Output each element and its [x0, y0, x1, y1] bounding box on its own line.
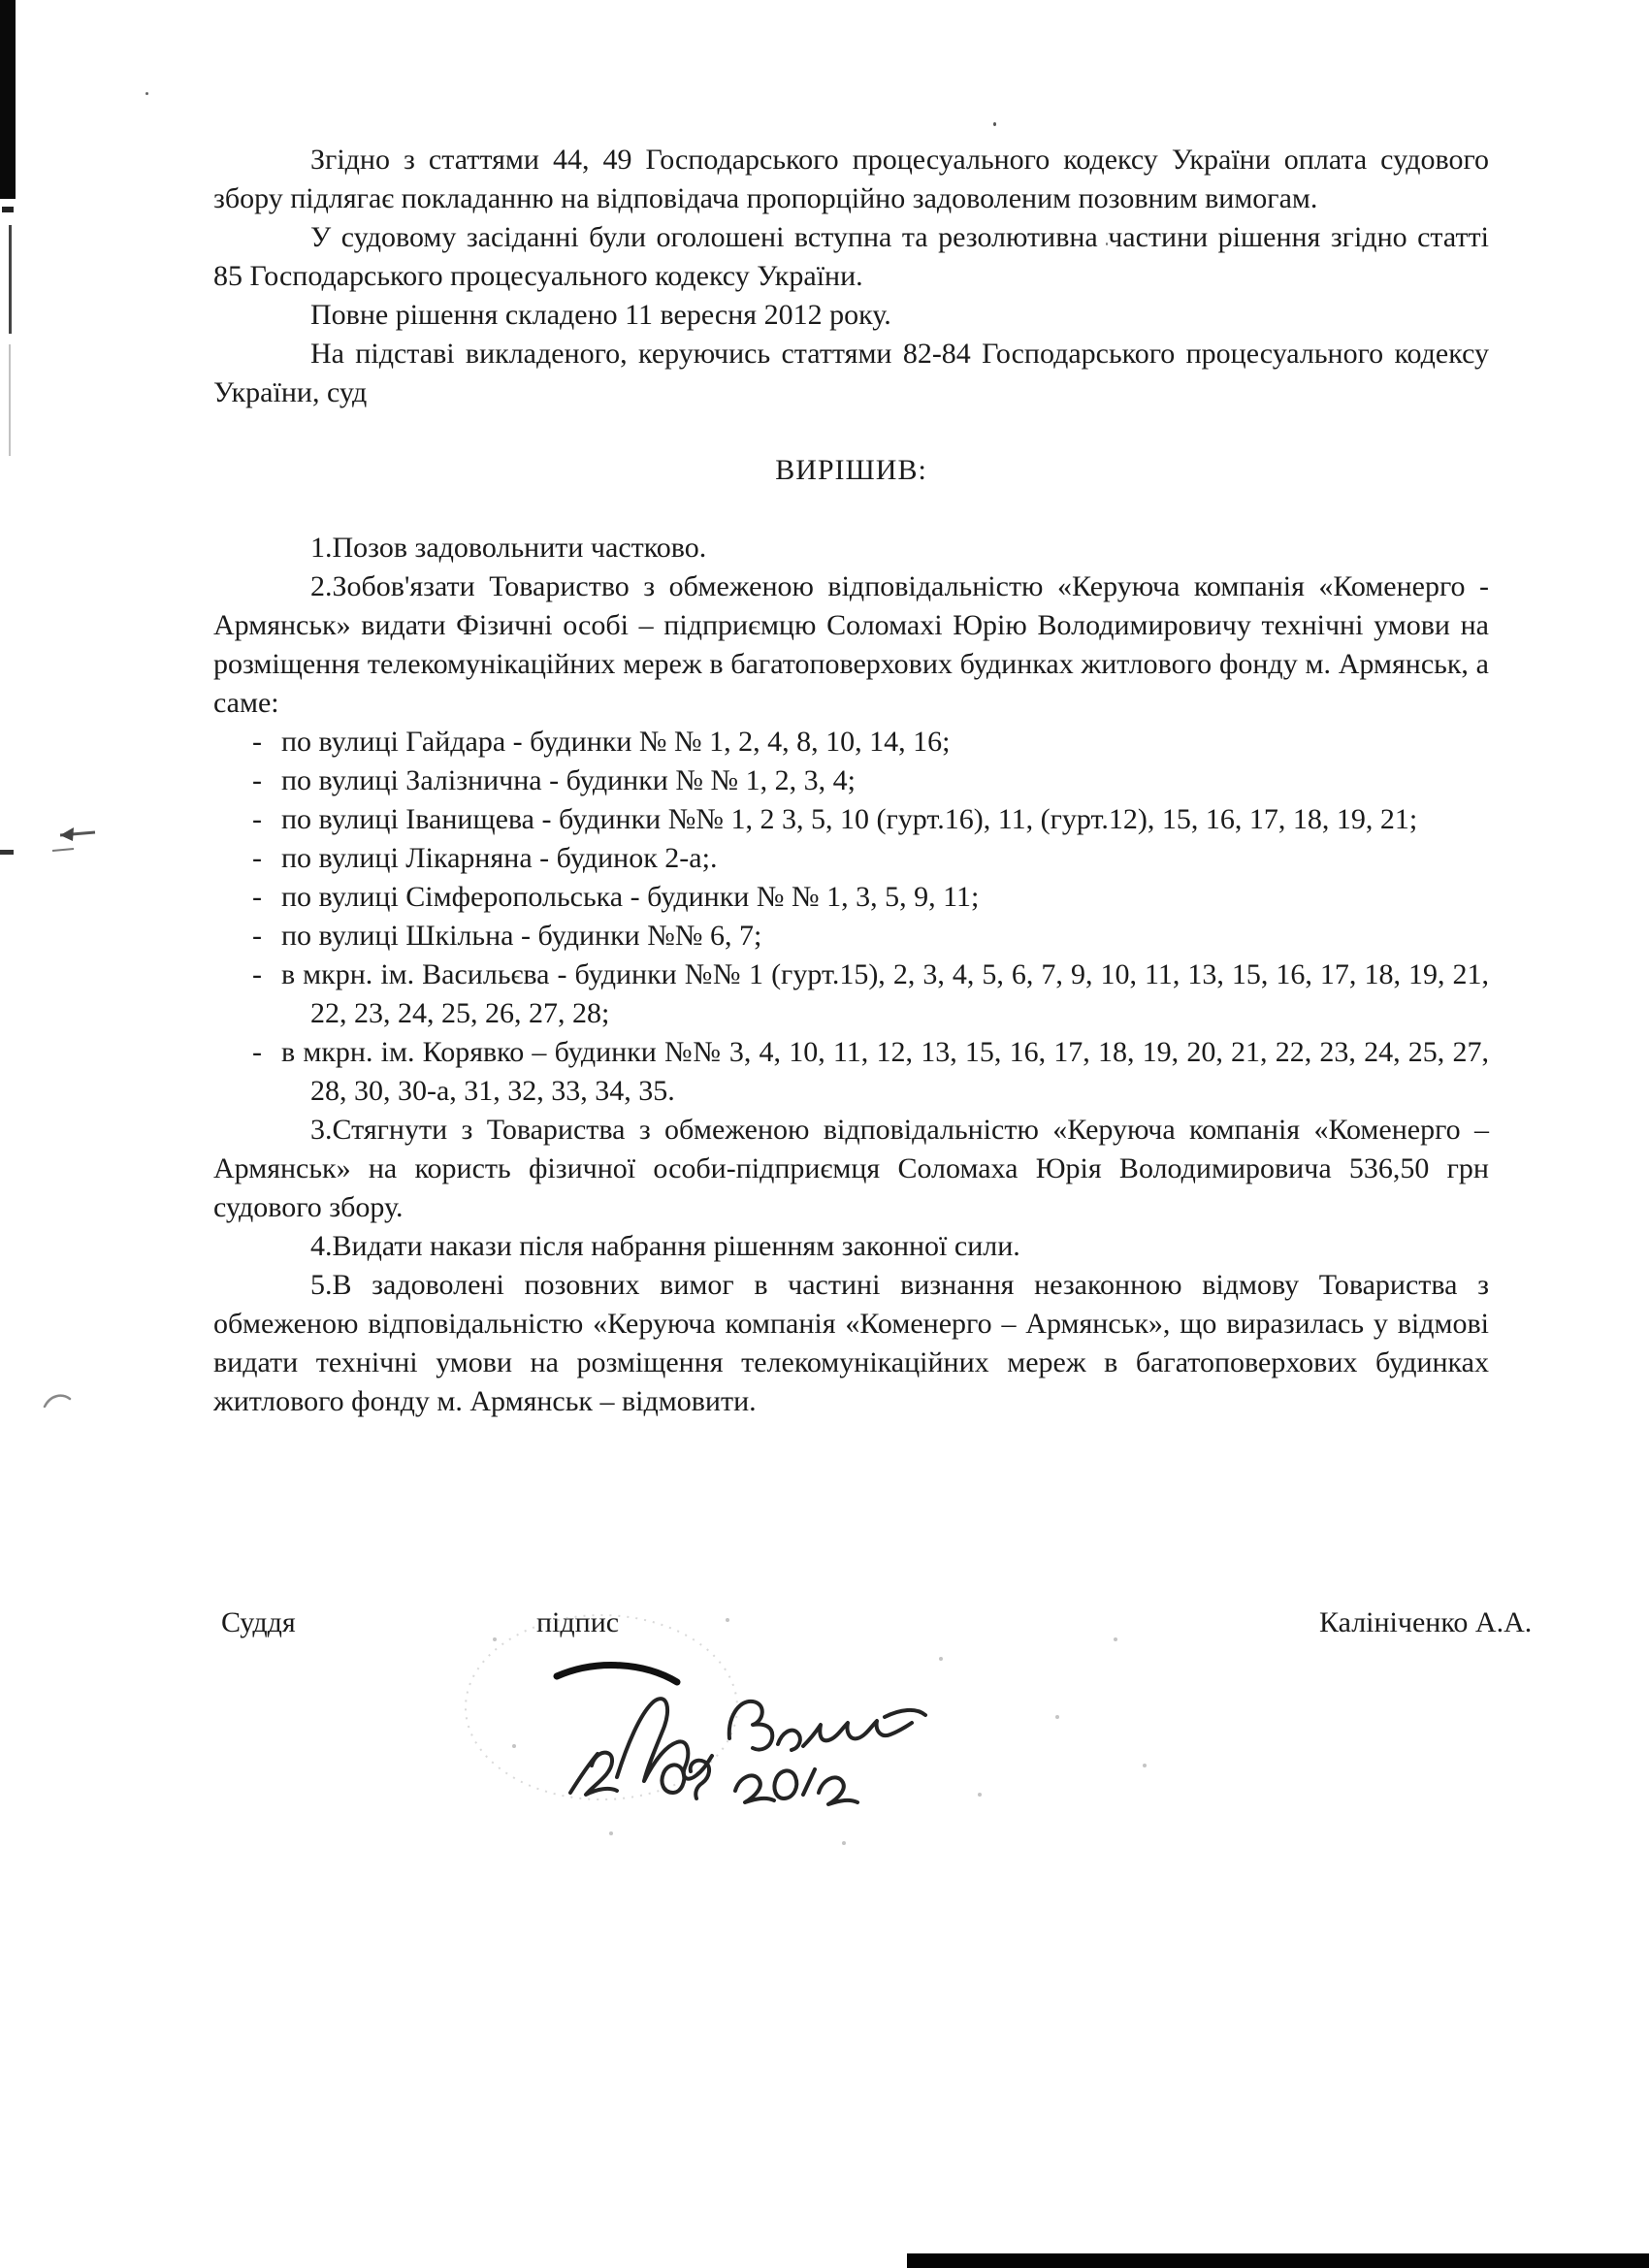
- pen-swoosh: [557, 1666, 677, 1682]
- paragraph: 3.Стягнути з Товариства з обмеженою відп…: [213, 1111, 1489, 1227]
- scan-artifact-left-line: [9, 225, 12, 334]
- paragraph: 5.В задоволені позовних вимог в частині …: [213, 1266, 1489, 1421]
- scan-artifact-edge-dash: [0, 850, 14, 855]
- ink-smudge: [39, 1385, 78, 1414]
- scan-speck: [993, 122, 996, 126]
- paragraph: На підставі викладеного, керуючись статт…: [213, 335, 1489, 412]
- address-list-item: по вулиці Залізнична - будинки № № 1, 2,…: [213, 761, 1489, 800]
- paragraph: У судовому засіданні були оголошені всту…: [213, 218, 1489, 296]
- address-list-item: в мкрн. ім. Корявко – будинки №№ 3, 4, 1…: [213, 1033, 1489, 1111]
- address-list-item: по вулиці Іванищева - будинки №№ 1, 2 3,…: [213, 800, 1489, 839]
- address-list-item: по вулиці Сімферопольська - будинки № № …: [213, 878, 1489, 917]
- stamp-outline: [466, 1615, 737, 1799]
- judge-name: Калініченко А.А.: [1319, 1604, 1532, 1642]
- handwritten-signature: [436, 1601, 1174, 1892]
- paragraph: 1.Позов задовольнити частково.: [213, 529, 1489, 567]
- paragraph: Згідно з статтями 44, 49 Господарського …: [213, 141, 1489, 218]
- scan-speck: [145, 92, 148, 95]
- scan-artifact-left-line-faint: [9, 344, 11, 456]
- document-body: Згідно з статтями 44, 49 Господарського …: [213, 141, 1489, 1421]
- scanned-court-decision-page: Згідно з статтями 44, 49 Господарського …: [0, 0, 1649, 2268]
- paragraph: 4.Видати накази після набрання рішенням …: [213, 1227, 1489, 1266]
- address-list-item: по вулиці Гайдара - будинки № № 1, 2, 4,…: [213, 723, 1489, 761]
- address-list-item: по вулиці Шкільна - будинки №№ 6, 7;: [213, 917, 1489, 956]
- paragraph: Повне рішення складено 11 вересня 2012 р…: [213, 296, 1489, 335]
- scan-artifact-left-tick: [2, 207, 14, 212]
- scan-artifact-bottom-bar: [907, 2253, 1649, 2268]
- address-list-item: по вулиці Лікарняна - будинок 2-а;.: [213, 839, 1489, 878]
- scan-artifact-top-left-bar: [0, 0, 16, 199]
- pencil-arrow-doodle: [45, 818, 103, 866]
- address-list-item: в мкрн. ім. Васильєва - будинки №№ 1 (гу…: [213, 956, 1489, 1033]
- paragraph: 2.Зобов'язати Товариство з обмеженою від…: [213, 567, 1489, 723]
- decision-heading: ВИРІШИВ:: [213, 451, 1489, 490]
- judge-label: Суддя: [221, 1604, 296, 1642]
